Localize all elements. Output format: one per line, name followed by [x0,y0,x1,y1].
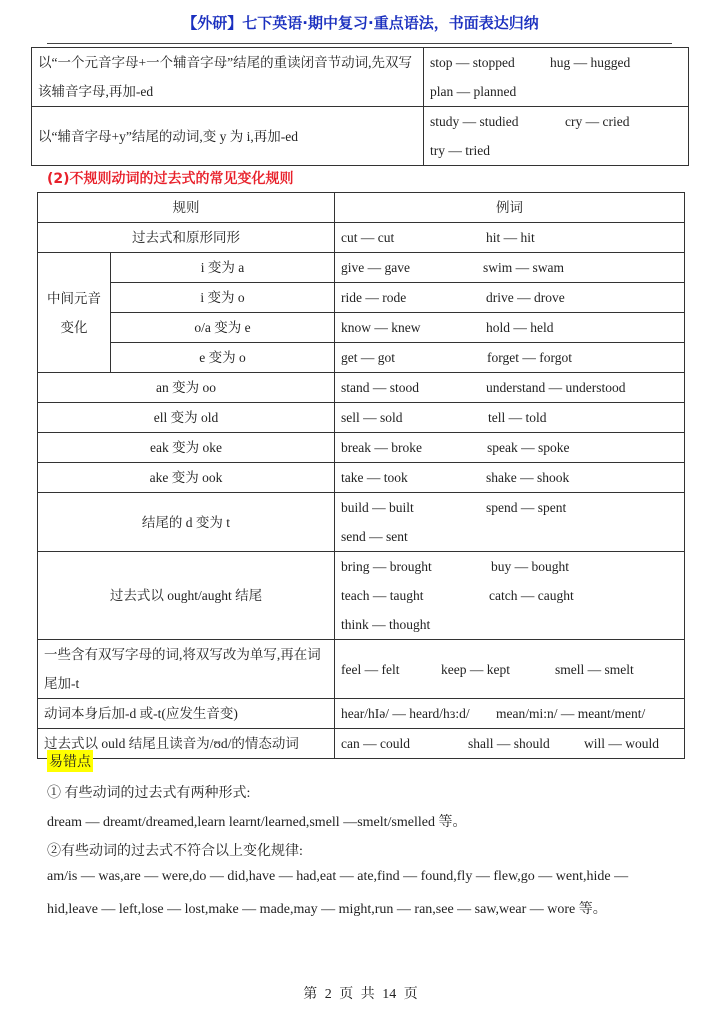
examples-cell: take — tookshake — shook [335,463,685,493]
example: catch — caught [489,581,574,610]
example: cut — cut [341,223,486,252]
note-line: am/is — was,are — were,do — did,have — h… [47,869,628,885]
regular-verb-rules-table: 以“一个元音字母+一个辅音字母”结尾的重读闭音节动词,先双写该辅音字母,再加-e… [31,47,689,166]
examples-cell: sell — soldtell — told [335,403,685,433]
example: cry — cried [565,107,629,136]
example: shall — should [468,729,584,758]
table-row: ell 变为 old sell — soldtell — told [38,403,685,433]
example: plan — planned [430,77,516,106]
rule-cell: eak 变为 oke [38,433,335,463]
example: build — built [341,493,486,522]
example: hug — hugged [550,48,630,77]
rule-cell: i 变为 a [111,253,335,283]
note-line: ②有些动词的过去式不符合以上变化规律: [47,840,303,860]
example: teach — taught [341,581,489,610]
examples-cell: get — gotforget — forgot [335,343,685,373]
examples-cell: stop — stoppedhug — hugged plan — planne… [424,48,689,107]
example: smell — smelt [555,655,634,684]
example: think — thought [341,610,430,639]
table-row: 过去式和原形同形 cut — cuthit — hit [38,223,685,253]
header-rule: 规则 [38,193,335,223]
examples-cell: ride — rodedrive — drove [335,283,685,313]
examples-cell: give — gaveswim — swam [335,253,685,283]
example: speak — spoke [487,433,569,462]
example: hold — held [486,313,554,342]
rule-cell: o/a 变为 e [111,313,335,343]
table-row: an 变为 oo stand — stoodunderstand — under… [38,373,685,403]
rule-cell: ake 变为 ook [38,463,335,493]
examples-cell: cut — cuthit — hit [335,223,685,253]
example: swim — swam [483,253,564,282]
table-row: 过去式以 ought/aught 结尾 bring — broughtbuy —… [38,552,685,640]
page-number: 第 2 页 共 14 页 [0,983,721,1003]
rule-cell: i 变为 o [111,283,335,313]
header-rule [47,43,672,44]
examples-cell: stand — stoodunderstand — understood [335,373,685,403]
examples-cell: build — builtspend — spentsend — sent [335,493,685,552]
note-line: hid,leave — left,lose — lost,make — made… [47,898,607,918]
example: tell — told [488,403,547,432]
table-row: 中间元音变化 i 变为 a give — gaveswim — swam [38,253,685,283]
example: forget — forgot [487,343,572,372]
example: break — broke [341,433,487,462]
example: know — knew [341,313,486,342]
example: stand — stood [341,373,486,402]
table-row: i 变为 o ride — rodedrive — drove [38,283,685,313]
example: sell — sold [341,403,488,432]
example: get — got [341,343,487,372]
example: shake — shook [486,463,569,492]
examples-cell: hear/hIə/ — heard/hɜ:d/mean/mi:n/ — mean… [335,699,685,729]
example: understand — understood [486,373,625,402]
examples-cell: study — studiedcry — cried try — tried [424,107,689,166]
example: keep — kept [441,655,555,684]
rule-cell: 结尾的 d 变为 t [38,493,335,552]
example: spend — spent [486,493,566,522]
table-row: eak 变为 oke break — brokespeak — spoke [38,433,685,463]
example: feel — felt [341,655,441,684]
example: study — studied [430,107,565,136]
examples-cell: break — brokespeak — spoke [335,433,685,463]
table-row: 结尾的 d 变为 t build — builtspend — spentsen… [38,493,685,552]
rule-cell: 过去式和原形同形 [38,223,335,253]
rule-cell: 过去式以 ought/aught 结尾 [38,552,335,640]
section-title: (2)不规则动词的过去式的常见变化规则 [47,168,294,188]
examples-cell: know — knewhold — held [335,313,685,343]
rule-cell: 一些含有双写字母的词,将双写改为单写,再在词尾加-t [38,640,335,699]
example: bring — brought [341,552,491,581]
example: send — sent [341,522,408,551]
example: mean/mi:n/ — meant/ment/ [496,699,645,728]
example: will — would [584,729,659,758]
example: give — gave [341,253,483,282]
rule-cell: an 变为 oo [38,373,335,403]
irregular-verb-rules-table: 规则 例词 过去式和原形同形 cut — cuthit — hit 中间元音变化… [37,192,685,759]
table-row: e 变为 o get — gotforget — forgot [38,343,685,373]
header-examples: 例词 [335,193,685,223]
rule-cell: 以“一个元音字母+一个辅音字母”结尾的重读闭音节动词,先双写该辅音字母,再加-e… [32,48,424,107]
note-line: ① 有些动词的过去式有两种形式: [47,782,250,802]
rule-cell: e 变为 o [111,343,335,373]
table-row: 以“一个元音字母+一个辅音字母”结尾的重读闭音节动词,先双写该辅音字母,再加-e… [32,48,689,107]
rule-cell: 动词本身后加-d 或-t(应发生音变) [38,699,335,729]
table-header-row: 规则 例词 [38,193,685,223]
example: can — could [341,729,468,758]
rule-cell: ell 变为 old [38,403,335,433]
table-row: 动词本身后加-d 或-t(应发生音变) hear/hIə/ — heard/hɜ… [38,699,685,729]
table-row: 以“辅音字母+y”结尾的动词,变 y 为 i,再加-ed study — stu… [32,107,689,166]
group-label: 中间元音变化 [38,253,111,373]
table-row: o/a 变为 e know — knewhold — held [38,313,685,343]
example: try — tried [430,136,490,165]
table-row: 一些含有双写字母的词,将双写改为单写,再在词尾加-t feel — feltke… [38,640,685,699]
example: ride — rode [341,283,486,312]
example: hear/hIə/ — heard/hɜ:d/ [341,699,496,728]
table-row: ake 变为 ook take — tookshake — shook [38,463,685,493]
rule-cell: 以“辅音字母+y”结尾的动词,变 y 为 i,再加-ed [32,107,424,166]
example: stop — stopped [430,48,550,77]
examples-cell: feel — feltkeep — keptsmell — smelt [335,640,685,699]
highlight-label: 易错点 [47,750,93,772]
examples-cell: bring — broughtbuy — boughtteach — taugh… [335,552,685,640]
example: drive — drove [486,283,565,312]
note-line: dream — dreamt/dreamed,learn learnt/lear… [47,811,466,831]
example: take — took [341,463,486,492]
examples-cell: can — couldshall — shouldwill — would [335,729,685,759]
example: buy — bought [491,552,569,581]
table-row: 过去式以 ould 结尾且读音为/ʊd/的情态动词 can — couldsha… [38,729,685,759]
document-header: 【外研】七下英语·期中复习·重点语法，书面表达归纳 [0,12,721,33]
example: hit — hit [486,223,535,252]
